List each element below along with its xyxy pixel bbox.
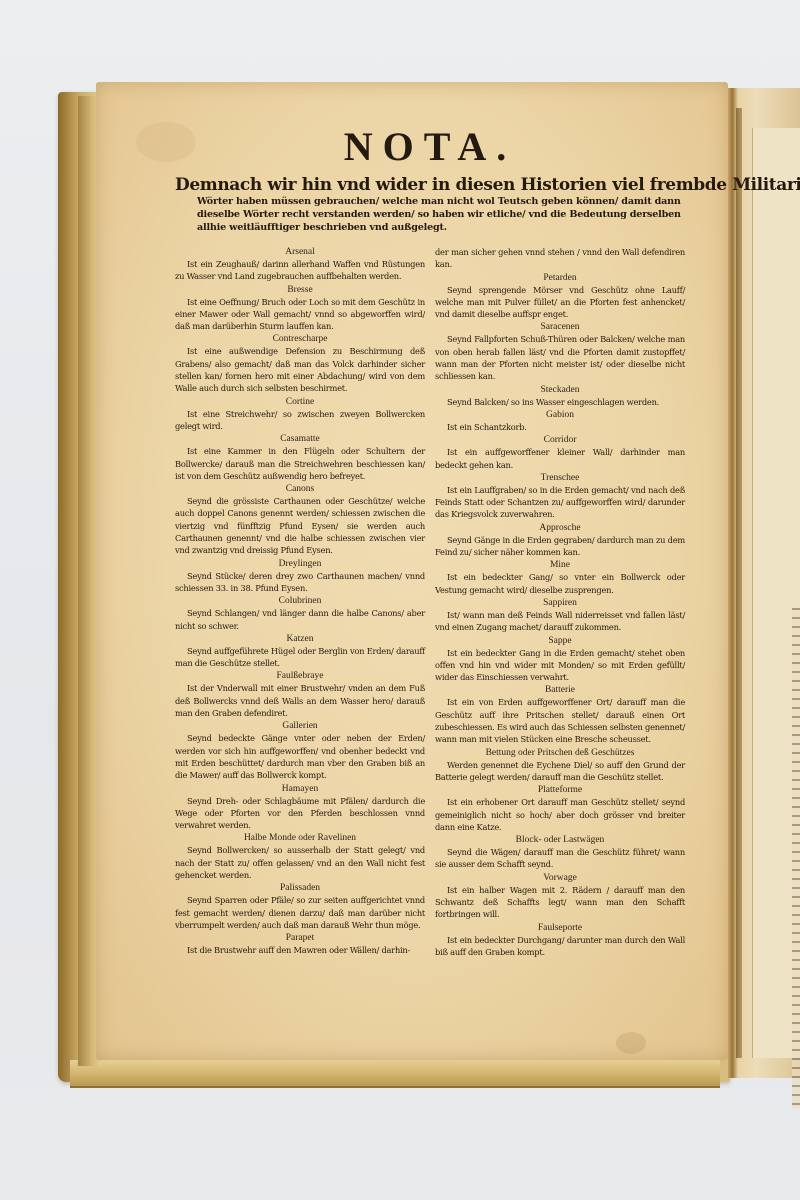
glossary-left-column: ArsenalIst ein Zeughauß/ darinn allerhan… bbox=[175, 246, 425, 959]
glossary-definition: Seynd Stücke/ deren drey zwo Carthaunen … bbox=[175, 570, 425, 595]
glossary-entry: ApproscheSeynd Gänge in die Erden gegrab… bbox=[435, 522, 685, 559]
glossary-entry: KatzenSeynd auffgeführete Hügel oder Ber… bbox=[175, 633, 425, 670]
glossary-term: Mine bbox=[435, 559, 685, 571]
glossary-definition: der man sicher gehen vnnd stehen / vnnd … bbox=[435, 246, 685, 271]
intro-paragraph: Demnach wir hin vnd wider in diesen Hist… bbox=[175, 175, 685, 234]
glossary-right-column: der man sicher gehen vnnd stehen / vnnd … bbox=[435, 246, 685, 959]
glossary-term: Hamayen bbox=[175, 783, 425, 795]
glossary-definition: Ist der Vnderwall mit einer Brustwehr/ v… bbox=[175, 682, 425, 719]
glossary-definition: Seynd sprengende Mörser vnd Geschütz ohn… bbox=[435, 284, 685, 321]
glossary-term: Dreylingen bbox=[175, 558, 425, 570]
glossary-term: Faulßebraye bbox=[175, 670, 425, 682]
glossary-entry: Halbe Monde oder RavelinenSeynd Bollwerc… bbox=[175, 832, 425, 881]
glossary-term: Corridor bbox=[435, 434, 685, 446]
glossary-entry: SappirenIst/ wann man deß Feinds Wall ni… bbox=[435, 597, 685, 634]
glossary-term: Block- oder Lastwägen bbox=[435, 834, 685, 846]
glossary-definition: Seynd Gänge in die Erden gegraben/ dardu… bbox=[435, 534, 685, 559]
glossary-entry: ColubrinenSeynd Schlangen/ vnd länger da… bbox=[175, 595, 425, 632]
glossary-entry: CasamatteIst eine Kammer in den Flügeln … bbox=[175, 433, 425, 482]
glossary-entry: PalissadenSeynd Sparren oder Pfäle/ so z… bbox=[175, 882, 425, 931]
glossary-term: Gabion bbox=[435, 409, 685, 421]
glossary-term: Vorwage bbox=[435, 872, 685, 884]
glossary-definition: Ist ein Schantzkorb. bbox=[435, 421, 685, 433]
glossary-definition: Ist ein halber Wagen mit 2. Rädern / dar… bbox=[435, 884, 685, 921]
spine-fold bbox=[736, 108, 742, 1058]
glossary-term: Bettung oder Pritschen deß Geschützes bbox=[435, 747, 685, 759]
glossary-term: Petarden bbox=[435, 272, 685, 284]
glossary-definition: Ist ein Lauffgraben/ so in die Erden gem… bbox=[435, 484, 685, 521]
glossary-definition: Ist eine Streichwehr/ so zwischen zweyen… bbox=[175, 408, 425, 433]
glossary-definition: Seynd bedeckte Gänge vnter oder neben de… bbox=[175, 732, 425, 781]
glossary-term: Sappiren bbox=[435, 597, 685, 609]
glossary-definition: Ist eine Oeffnung/ Bruch oder Loch so mi… bbox=[175, 296, 425, 333]
glossary-entry: Bettung oder Pritschen deß GeschützesWer… bbox=[435, 747, 685, 784]
glossary-term: Batterie bbox=[435, 684, 685, 696]
glossary-definition: Ist ein erhobener Ort darauff man Geschü… bbox=[435, 796, 685, 833]
glossary-definition: Ist eine außwendige Defension zu Beschir… bbox=[175, 345, 425, 394]
glossary-term: Cortine bbox=[175, 396, 425, 408]
glossary-entry: ContrescharpeIst eine außwendige Defensi… bbox=[175, 333, 425, 394]
glossary-entry: PetardenSeynd sprengende Mörser vnd Gesc… bbox=[435, 272, 685, 321]
glossary-term: Katzen bbox=[175, 633, 425, 645]
glossary-definition: Ist die Brustwehr auff den Mawren oder W… bbox=[175, 944, 425, 956]
glossary-definition: Ist ein auffgeworffener kleiner Wall/ da… bbox=[435, 446, 685, 471]
intro-lead-line: Demnach wir hin vnd wider in diesen Hist… bbox=[175, 175, 685, 195]
glossary-term: Canons bbox=[175, 483, 425, 495]
page-text: NOTA. Demnach wir hin vnd wider in diese… bbox=[175, 125, 685, 959]
glossary-definition: Ist ein bedeckter Durchgang/ darunter ma… bbox=[435, 934, 685, 959]
glossary-entry: BresseIst eine Oeffnung/ Bruch oder Loch… bbox=[175, 284, 425, 333]
glossary-definition: Ist ein von Erden auffgeworffener Ort/ d… bbox=[435, 696, 685, 745]
glossary-definition: Ist ein bedeckter Gang in die Erden gema… bbox=[435, 647, 685, 684]
glossary-entry: HamayenSeynd Dreh- oder Schlagbäume mit … bbox=[175, 783, 425, 832]
glossary-entry: SteckadenSeynd Balcken/ so ins Wasser ei… bbox=[435, 384, 685, 408]
glossary-definition: Seynd die Wägen/ darauff man die Geschüt… bbox=[435, 846, 685, 871]
glossary-definition: Seynd Schlangen/ vnd länger dann die hal… bbox=[175, 607, 425, 632]
glossary-entry: MineIst ein bedeckter Gang/ so vnter ein… bbox=[435, 559, 685, 596]
glossary-entry: SaracenenSeynd Fallpforten Schuß-Thüren … bbox=[435, 321, 685, 382]
glossary-definition: Seynd die grössiste Carthaunen oder Gesc… bbox=[175, 495, 425, 556]
glossary-term: Halbe Monde oder Ravelinen bbox=[175, 832, 425, 844]
glossary-entry: GallerienSeynd bedeckte Gänge vnter oder… bbox=[175, 720, 425, 781]
page-title: NOTA. bbox=[175, 125, 685, 169]
glossary-definition: Ist ein Zeughauß/ darinn allerhand Waffe… bbox=[175, 258, 425, 283]
glossary-entry: GabionIst ein Schantzkorb. bbox=[435, 409, 685, 433]
glossary-entry: TrenscheeIst ein Lauffgraben/ so in die … bbox=[435, 472, 685, 521]
adjacent-page-spine bbox=[728, 88, 800, 1078]
glossary-definition: Seynd Balcken/ so ins Wasser eingeschlag… bbox=[435, 396, 685, 408]
glossary-definition: Ist eine Kammer in den Flügeln oder Schu… bbox=[175, 445, 425, 482]
glossary-term: Saracenen bbox=[435, 321, 685, 333]
glossary-term: Contrescharpe bbox=[175, 333, 425, 345]
intro-body-text: Wörter haben müssen gebrauchen/ welche m… bbox=[175, 195, 685, 234]
glossary-entry: CorridorIst ein auffgeworffener kleiner … bbox=[435, 434, 685, 471]
glossary-definition: Werden genennet die Eychene Diel/ so auf… bbox=[435, 759, 685, 784]
glossary-definition: Seynd Dreh- oder Schlagbäume mit Pfälen/… bbox=[175, 795, 425, 832]
glossary-term: Sappe bbox=[435, 635, 685, 647]
binding-bottom-edge bbox=[70, 1060, 720, 1088]
glossary-entry: CanonsSeynd die grössiste Carthaunen ode… bbox=[175, 483, 425, 556]
glossary-definition: Ist/ wann man deß Feinds Wall niderreiss… bbox=[435, 609, 685, 634]
glossary-term: Faulseporte bbox=[435, 922, 685, 934]
glossary-term: Arsenal bbox=[175, 246, 425, 258]
glossary-definition: Seynd Bollwercken/ so ausserhalb der Sta… bbox=[175, 844, 425, 881]
glossary-definition: Ist ein bedeckter Gang/ so vnter ein Bol… bbox=[435, 571, 685, 596]
glossary-term: Gallerien bbox=[175, 720, 425, 732]
glossary-entry: ArsenalIst ein Zeughauß/ darinn allerhan… bbox=[175, 246, 425, 283]
glossary-term: Trenschee bbox=[435, 472, 685, 484]
glossary-entry: CortineIst eine Streichwehr/ so zwischen… bbox=[175, 396, 425, 433]
glossary-entry: FaulßebrayeIst der Vnderwall mit einer B… bbox=[175, 670, 425, 719]
glossary-columns: ArsenalIst ein Zeughauß/ darinn allerhan… bbox=[175, 246, 685, 959]
glossary-entry: BatterieIst ein von Erden auffgeworffene… bbox=[435, 684, 685, 745]
glossary-term: Steckaden bbox=[435, 384, 685, 396]
glossary-entry: der man sicher gehen vnnd stehen / vnnd … bbox=[435, 246, 685, 271]
glossary-term: Platteforme bbox=[435, 784, 685, 796]
glossary-entry: Block- oder LastwägenSeynd die Wägen/ da… bbox=[435, 834, 685, 871]
glossary-term: Bresse bbox=[175, 284, 425, 296]
glossary-term: Casamatte bbox=[175, 433, 425, 445]
glossary-entry: VorwageIst ein halber Wagen mit 2. Räder… bbox=[435, 872, 685, 921]
glossary-definition: Seynd Sparren oder Pfäle/ so zur seiten … bbox=[175, 894, 425, 931]
glossary-entry: FaulseporteIst ein bedeckter Durchgang/ … bbox=[435, 922, 685, 959]
adjacent-page-ruled-edge bbox=[792, 608, 800, 1108]
glossary-term: Approsche bbox=[435, 522, 685, 534]
glossary-definition: Seynd auffgeführete Hügel oder Berglin v… bbox=[175, 645, 425, 670]
glossary-entry: ParapetIst die Brustwehr auff den Mawren… bbox=[175, 932, 425, 956]
glossary-entry: SappeIst ein bedeckter Gang in die Erden… bbox=[435, 635, 685, 684]
paper-stain bbox=[616, 1032, 646, 1054]
glossary-term: Palissaden bbox=[175, 882, 425, 894]
glossary-entry: PlatteformeIst ein erhobener Ort darauff… bbox=[435, 784, 685, 833]
glossary-entry: DreylingenSeynd Stücke/ deren drey zwo C… bbox=[175, 558, 425, 595]
glossary-definition: Seynd Fallpforten Schuß-Thüren oder Balc… bbox=[435, 333, 685, 382]
glossary-term: Colubrinen bbox=[175, 595, 425, 607]
glossary-term: Parapet bbox=[175, 932, 425, 944]
